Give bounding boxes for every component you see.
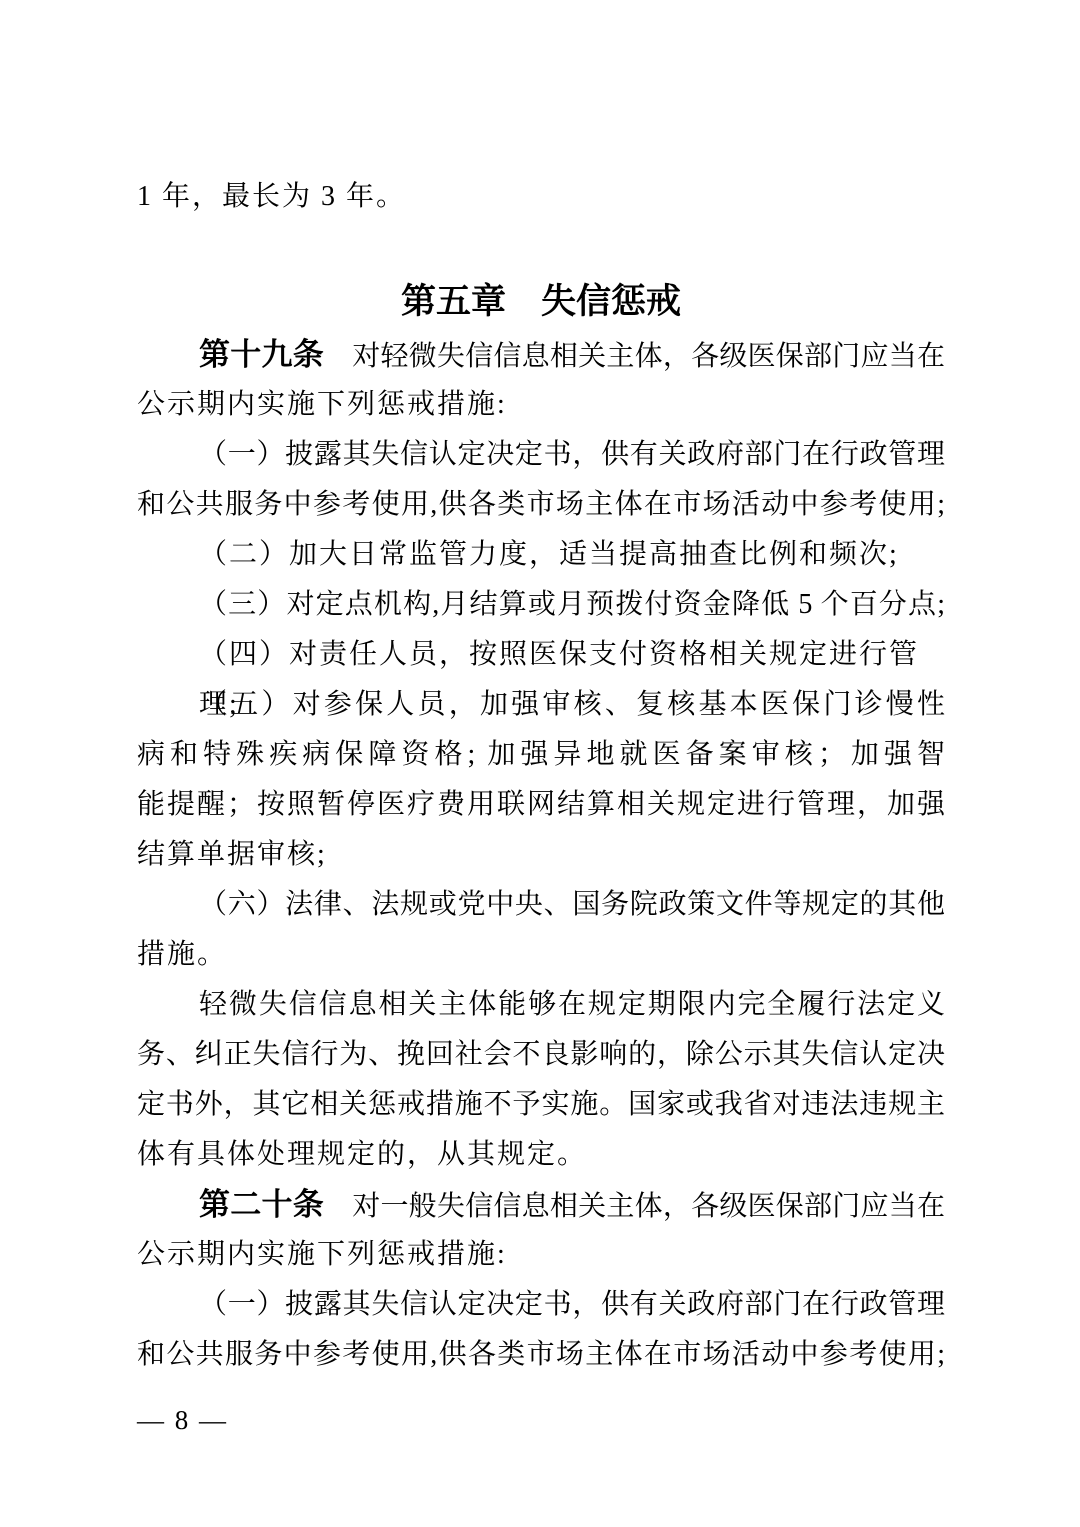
text-line: （三）对定点机构,月结算或月预拨付资金降低 5 个百分点; — [137, 580, 945, 630]
text-line: 病和特殊疾病保障资格; 加强异地就医备案审核；加强智 — [137, 730, 945, 780]
text-line: 务、纠正失信行为、挽回社会不良影响的，除公示其失信认定决 — [137, 1030, 945, 1080]
text-line: （一）披露其失信认定决定书，供有关政府部门在行政管理 — [137, 1280, 945, 1330]
line-text: 对一般失信信息相关主体，各级医保部门应当在 — [324, 1191, 945, 1222]
text-line: 结算单据审核; — [137, 830, 945, 880]
text-line: （五）对参保人员，加强审核、复核基本医保门诊慢性 — [137, 680, 945, 730]
chapter-heading: 第五章 失信惩戒 — [137, 277, 945, 327]
document-page: 1 年，最长为 3 年。 第五章 失信惩戒 第十九条 对轻微失信信息相关主体，各… — [0, 0, 1080, 1527]
text-line: （一）披露其失信认定决定书，供有关政府部门在行政管理 — [137, 430, 945, 480]
article-number: 第二十条 — [199, 1187, 324, 1222]
text-line: 能提醒；按照暂停医疗费用联网结算相关规定进行管理，加强 — [137, 780, 945, 830]
text-line: 定书外，其它相关惩戒措施不予实施。国家或我省对违法违规主 — [137, 1080, 945, 1130]
text-line: 公示期内实施下列惩戒措施: — [137, 380, 945, 430]
text-line: 和公共服务中参考使用,供各类市场主体在市场活动中参考使用; — [137, 480, 945, 530]
text-line: （二）加大日常监管力度，适当提高抽查比例和频次; — [137, 530, 945, 580]
text-line: 第十九条 对轻微失信信息相关主体，各级医保部门应当在 — [137, 330, 945, 380]
text-line: 第二十条 对一般失信信息相关主体，各级医保部门应当在 — [137, 1180, 945, 1230]
page-number: — 8 — — [137, 1395, 945, 1445]
text-line: 轻微失信信息相关主体能够在规定期限内完全履行法定义 — [137, 980, 945, 1030]
line-text: 对轻微失信信息相关主体，各级医保部门应当在 — [324, 341, 945, 372]
text-line: （四）对责任人员，按照医保支付资格相关规定进行管理; — [137, 630, 945, 680]
text-line: 和公共服务中参考使用,供各类市场主体在市场活动中参考使用; — [137, 1330, 945, 1380]
text-line: 1 年，最长为 3 年。 — [137, 172, 945, 222]
text-line: （六）法律、法规或党中央、国务院政策文件等规定的其他 — [137, 880, 945, 930]
article-number: 第十九条 — [199, 337, 324, 372]
text-line: 体有具体处理规定的，从其规定。 — [137, 1130, 945, 1180]
text-line: 措施。 — [137, 930, 945, 980]
text-line: 公示期内实施下列惩戒措施: — [137, 1230, 945, 1280]
